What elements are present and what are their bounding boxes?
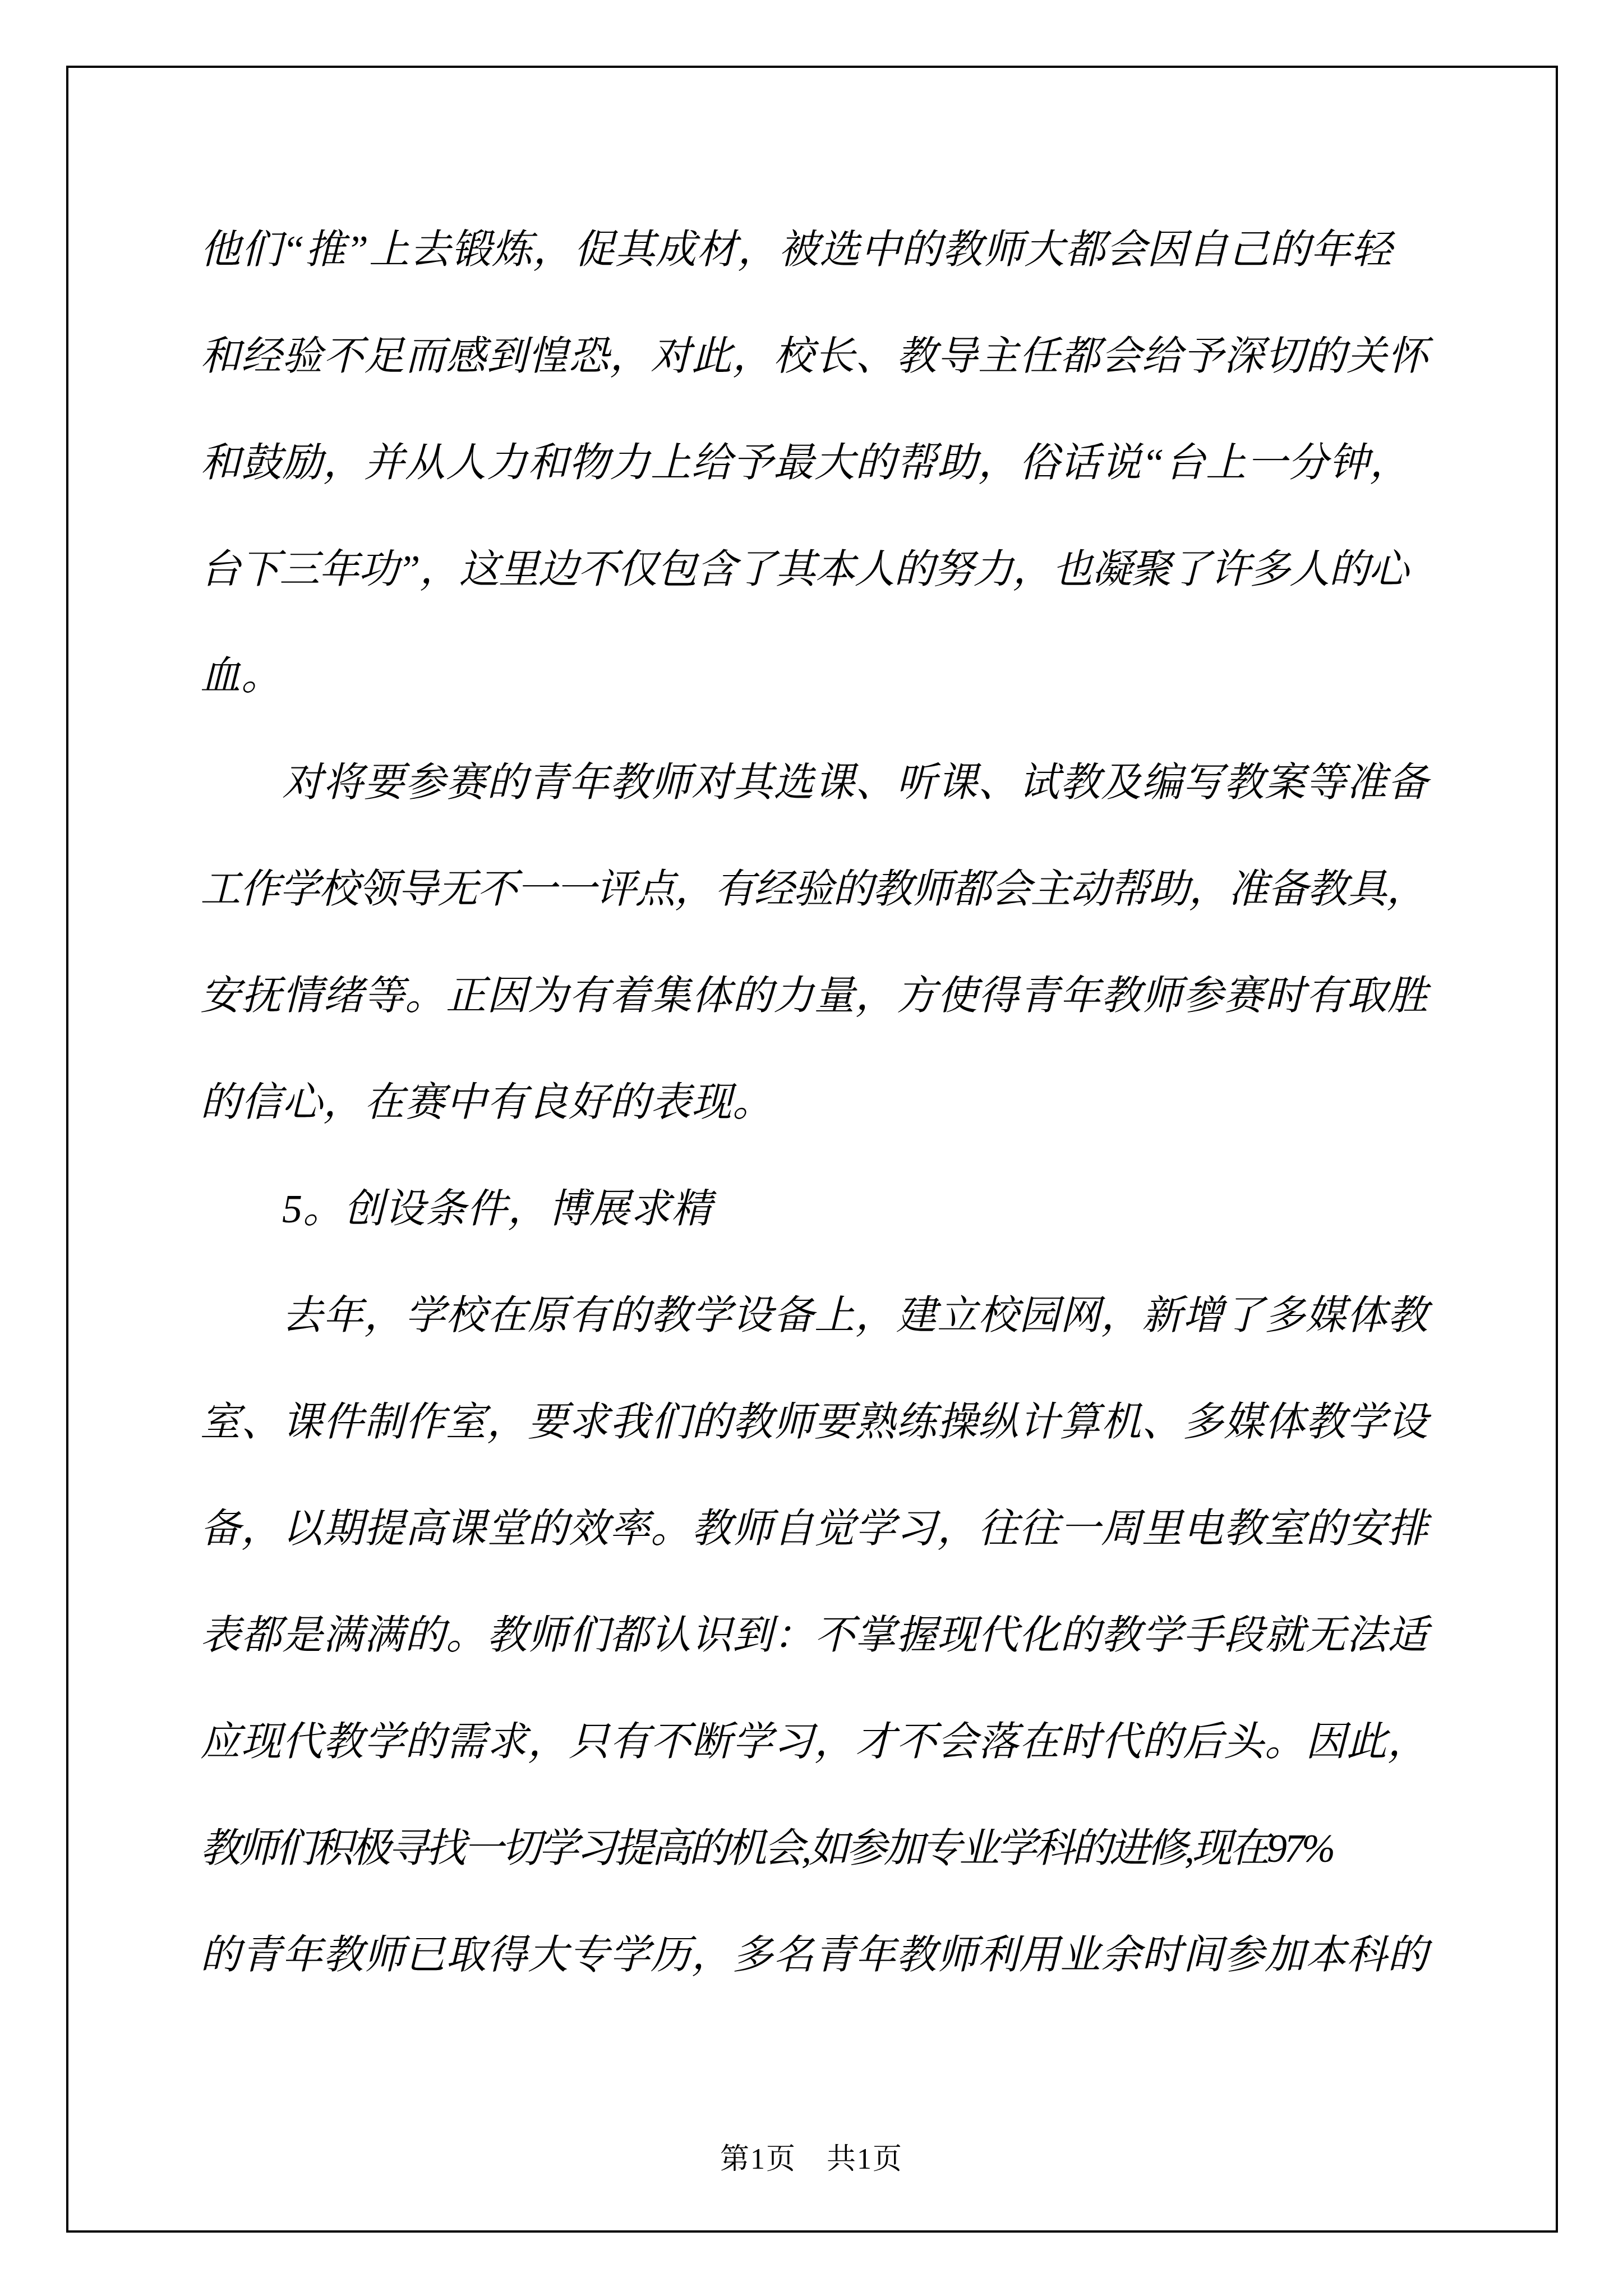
text-line: 和鼓励，并从人力和物力上给予最大的帮助，俗话说“台上一分钟， [200,409,1451,516]
text-line: 台下三年功”，这里边不仅包含了其本人的努力，也凝聚了许多人的心 [200,516,1451,623]
document-body: 他们“推”上去锻炼，促其成材，被选中的教师大都会因自己的年轻 和经验不足而感到惶… [200,196,1451,2008]
text-line: 表都是满满的。教师们都认识到：不掌握现代化的教学手段就无法适 [200,1582,1451,1688]
text-line: 和经验不足而感到惶恐，对此，校长、教导主任都会给予深切的关怀 [200,303,1451,409]
text-line: 他们“推”上去锻炼，促其成材，被选中的教师大都会因自己的年轻 [200,196,1451,303]
text-line: 工作学校领导无不一一评点，有经验的教师都会主动帮助，准备教具， [200,836,1451,942]
text-line: 教师们积极寻找一切学习提高的机会,如参加专业学科的进修,现在97% [200,1795,1451,1902]
text-line: 血。 [200,623,1451,729]
text-line: 应现代教学的需求，只有不断学习，才不会落在时代的后头。因此， [200,1688,1451,1795]
text-line: 去年，学校在原有的教学设备上，建立校园网，新增了多媒体教 [200,1262,1451,1369]
section-heading: 5。创设条件，博展求精 [200,1156,1451,1262]
text-line: 的信心，在赛中有良好的表现。 [200,1049,1451,1156]
text-line: 安抚情绪等。正因为有着集体的力量，方使得青年教师参赛时有取胜 [200,942,1451,1049]
text-line: 室、课件制作室，要求我们的教师要熟练操纵计算机、多媒体教学设 [200,1369,1451,1475]
text-line: 的青年教师已取得大专学历，多名青年教师利用业余时间参加本科的 [200,1902,1451,2008]
document-page: { "colors": { "ink": "#000000", "paper":… [0,0,1623,2296]
text-line: 备，以期提高课堂的效率。教师自觉学习，往往一周里电教室的安排 [200,1475,1451,1582]
page-footer: 第1页 共1页 [0,2137,1623,2182]
text-line: 对将要参赛的青年教师对其选课、听课、试教及编写教案等准备 [200,729,1451,836]
